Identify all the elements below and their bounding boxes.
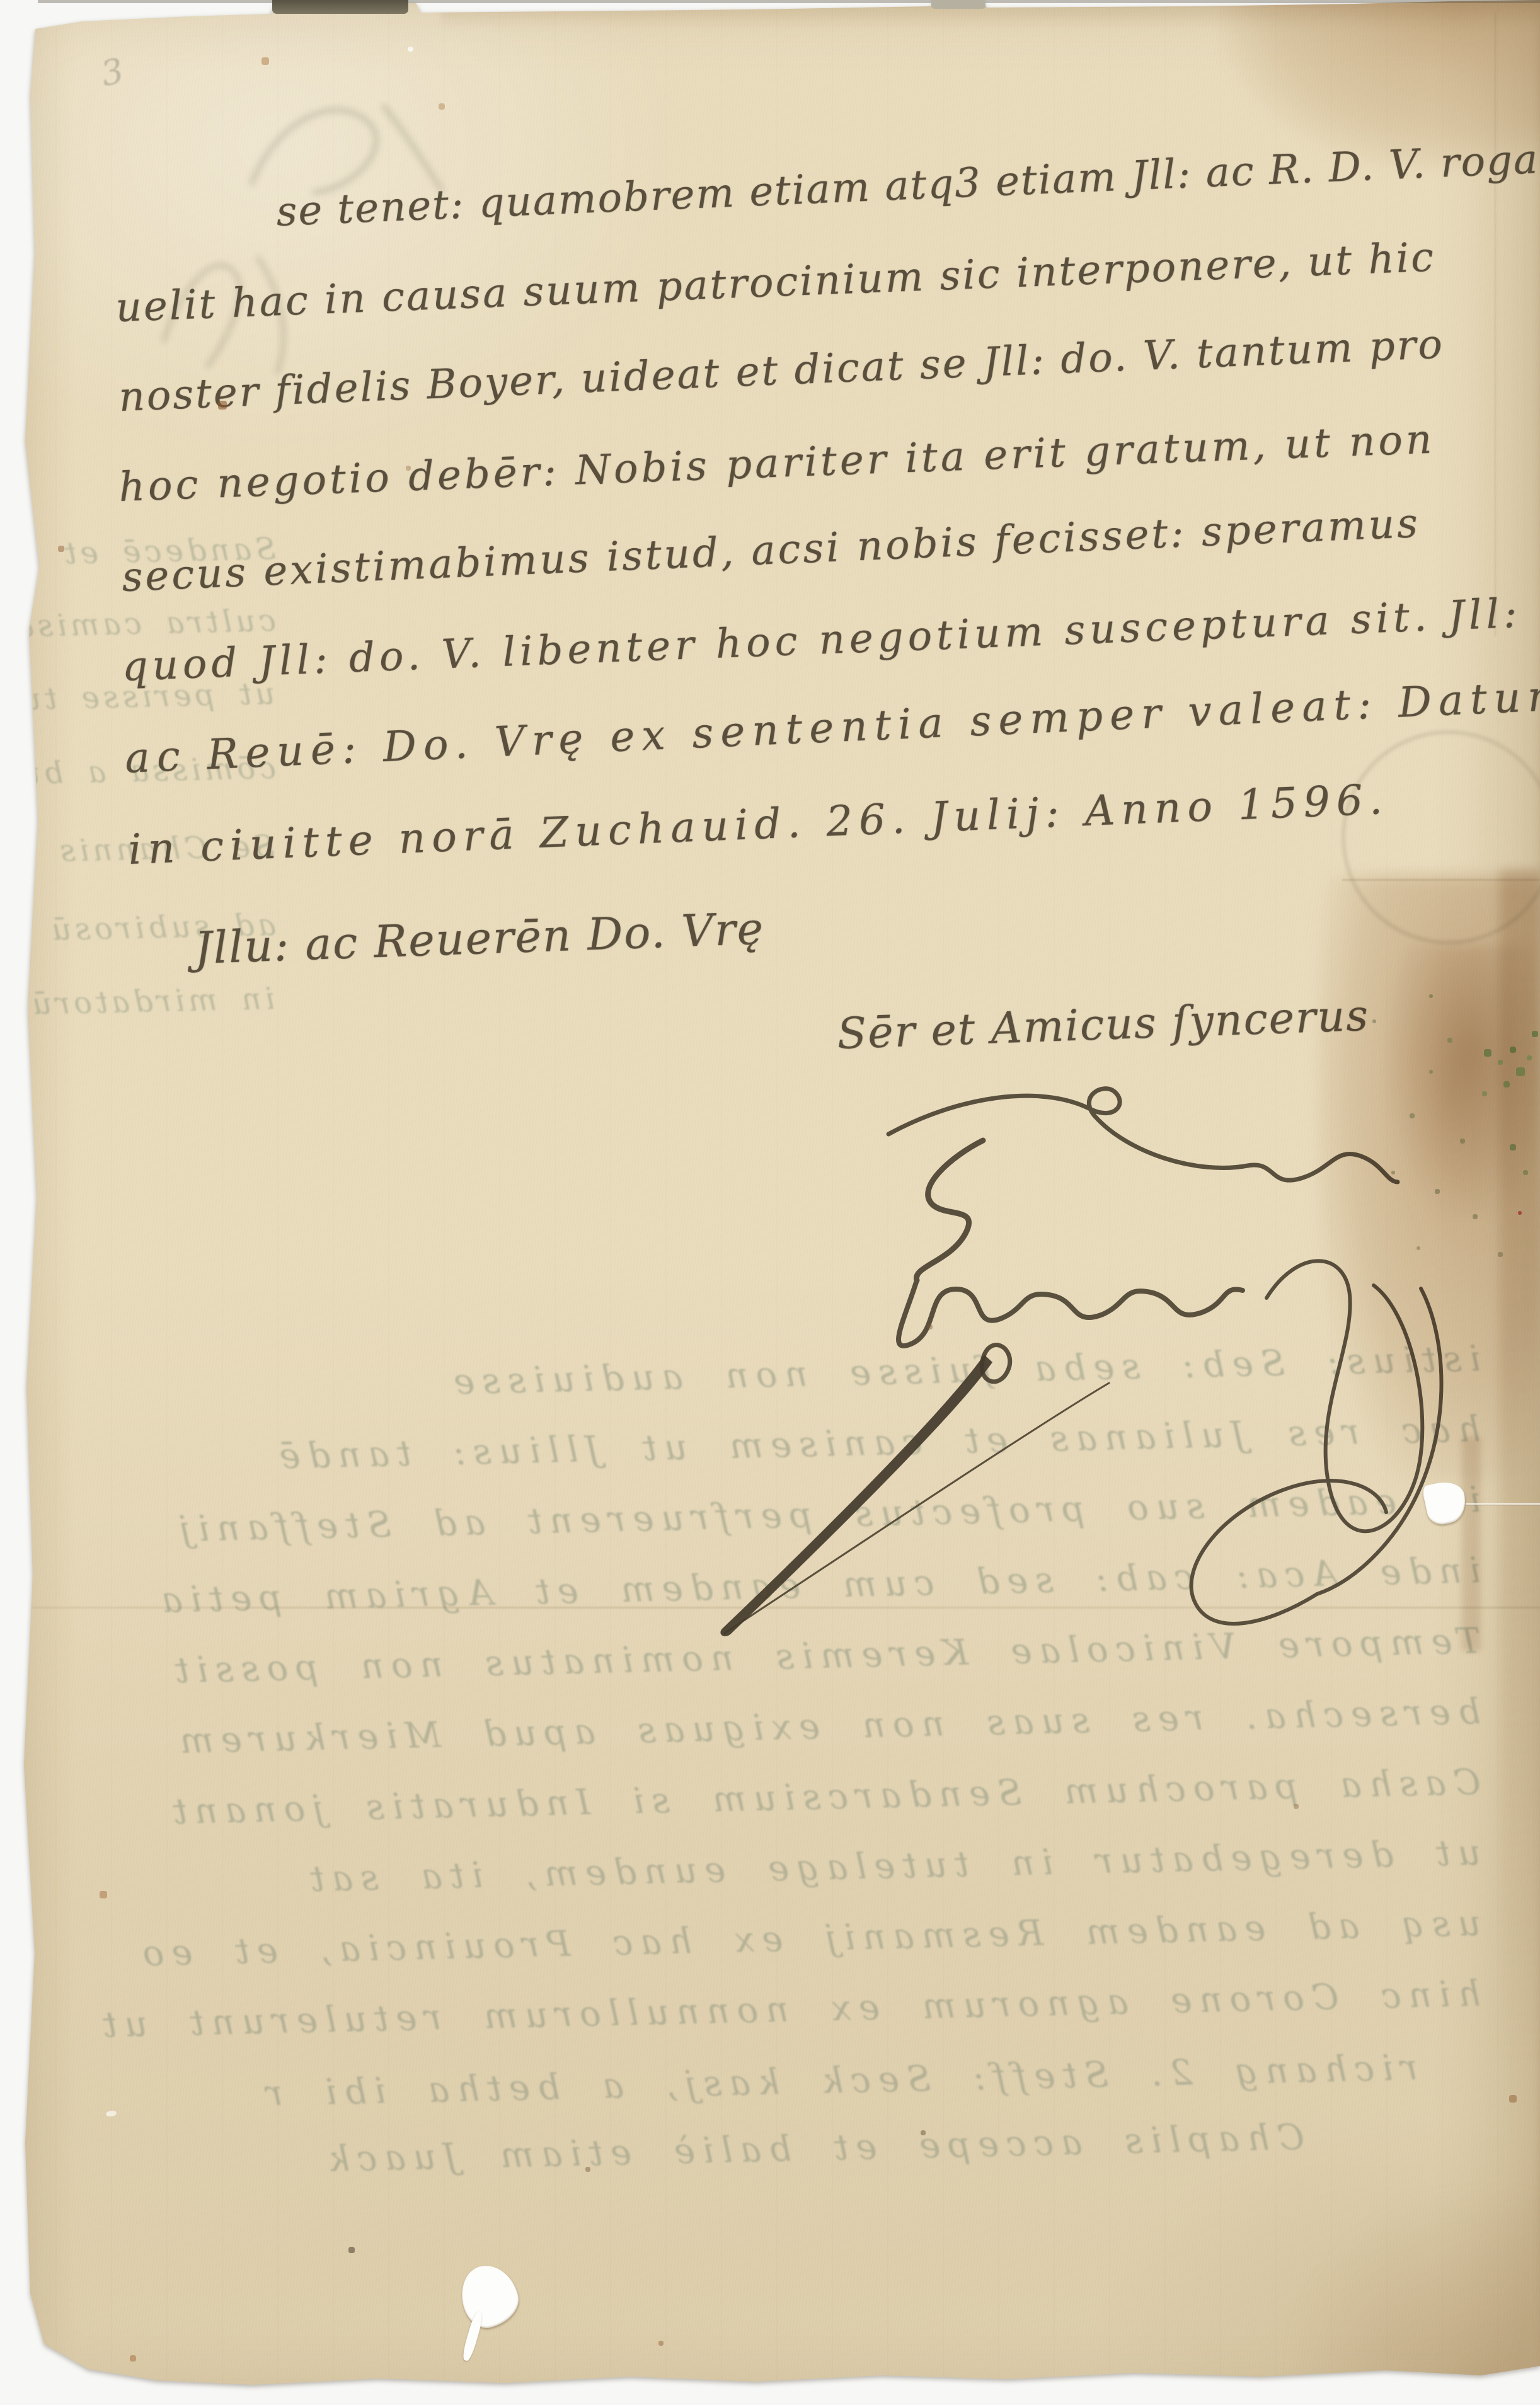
bleedthrough-fragment: cultra camisa [1, 603, 276, 645]
top-edge-shadow [38, 0, 1540, 3]
bleedthrough-line: usq ad eandem Resmanij ex hac Prouincia,… [44, 1903, 1481, 1977]
letter-line: secus existimabimus istud, acsi nobis fe… [121, 500, 1421, 601]
signature-flourish [662, 1059, 1540, 1676]
letter-line: quod Jll: do. V. libenter hoc negotium s… [121, 590, 1522, 691]
top-tab-dark [272, 0, 408, 14]
paper-chip-bottom-tail [461, 2310, 484, 2362]
paper-dimple [105, 2110, 117, 2117]
foxing-spots [0, 0, 1, 1]
letter-line: hoc negotio debēr: Nobis pariter ita eri… [118, 416, 1435, 511]
scratch-thread [1466, 1503, 1540, 1505]
letter-line: in ciuitte norā Zuchauid. 26. Julij: Ann… [127, 775, 1389, 874]
paper-sheet-wrap: 3 Sandecē et cultra camisa ut perisse tu… [0, 0, 1540, 2405]
scanned-manuscript-letter: 3 Sandecē et cultra camisa ut perisse tu… [0, 0, 1540, 2405]
bleedthrough-line: richang 2. Steff: Seck kasj, a betha ibi… [264, 2047, 1418, 2115]
archival-mark: 3 [98, 50, 127, 94]
bleedthrough-line: Casha parochum Sendarcsium si Induratis … [44, 1762, 1481, 1835]
bleedthrough-line: hinc Corone agnorum ex nonnullorum retul… [40, 1973, 1481, 2047]
bleedthrough-line: bersecha. res suas non exiguas apud Mier… [40, 1691, 1481, 1765]
mold-speckles [1355, 983, 1356, 984]
bleedthrough-line: ut deregebatur in tutelage eundem, ita s… [40, 1832, 1481, 1906]
letter-line: ac Reuē: Do. Vrę ex sententia semper val… [124, 671, 1540, 783]
pinhole [408, 47, 413, 52]
stain-bottom-right [1292, 2193, 1540, 2405]
letter-line: uelit hac in causa suum patrocinium sic … [115, 234, 1436, 331]
ghost-circle [1342, 731, 1540, 944]
paper-sheet: 3 Sandecē et cultra camisa ut perisse tu… [0, 0, 1540, 2405]
stain-top-edge [441, 0, 1540, 28]
closing-line: Sēr et Amicus ſyncerus [836, 991, 1370, 1059]
bleedthrough-fragment: in mirdatorū [3, 981, 275, 1023]
paper-chip-bottom [455, 2259, 524, 2333]
top-tab-light [931, 0, 985, 9]
fold-crease-right-short [1342, 879, 1540, 881]
valediction-line: Jllu: ac Reuerēn Do. Vrę [193, 902, 765, 974]
bleedthrough-line: Chaplis accepe et baliè etiam Juack To. … [283, 2117, 1304, 2181]
letter-line: se tenet: quamobrem etiam atq3 etiam Jll… [275, 132, 1540, 236]
fold-crease-vertical [1495, 13, 1496, 636]
letter-line: noster fidelis Boyer, uideat et dicat se… [118, 321, 1445, 421]
